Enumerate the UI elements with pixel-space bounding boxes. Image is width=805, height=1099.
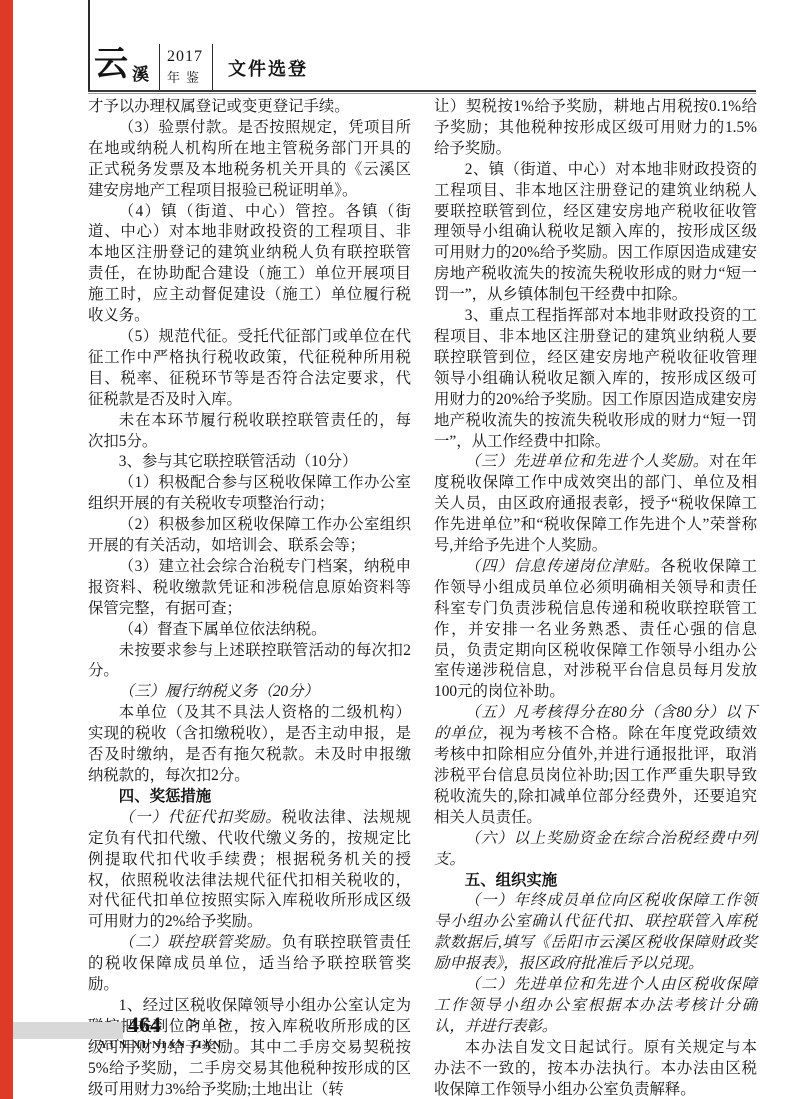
paragraph: 未按要求参与上述联控联管活动的每次扣2分。 xyxy=(88,641,411,683)
section-title: 文件选登 xyxy=(228,60,308,78)
header-rule-light xyxy=(88,93,756,94)
paragraph: 才予以办理权属登记或变更登记手续。 xyxy=(88,97,411,118)
paragraph: （2）积极参加区税收保障工作办公室组织开展的有关活动，如培训会、联系会等； xyxy=(88,515,411,557)
page-number: 464 xyxy=(128,1012,161,1038)
kai-lead: （一）代征代扣奖励。 xyxy=(119,809,282,826)
paragraph: 让）契税按1%给予奖励，耕地占用税按0.1%给予奖励；其他税种按形成区级可用财力… xyxy=(434,97,757,160)
paragraph: （三）先进单位和先进个人奖励。对在年度税收保障工作中成效突出的部门、单位及相关人… xyxy=(434,452,757,557)
paragraph: （4）督查下属单位依法纳税。 xyxy=(88,620,411,641)
paragraph: 四、奖惩措施 xyxy=(88,787,411,808)
paragraph: （4）镇（街道、中心）管控。各镇（街道、中心）对本地非财政投资的工程项目、非本地… xyxy=(88,202,411,327)
paragraph: （三）履行纳税义务（20分） xyxy=(88,682,411,703)
header-vertical-rule xyxy=(88,0,90,91)
kai-lead: （四）信息传递岗位津贴。 xyxy=(465,558,660,575)
paragraph: 2、镇（街道、中心）对本地非财政投资的工程项目、非本地区注册登记的建筑业纳税人要… xyxy=(434,160,757,306)
scanned-yearbook-page: { "page": { "edge_bar_color": "#dd3b27",… xyxy=(0,0,805,1099)
paragraph: （3）验票付款。是否按照规定，凭项目所在地或纳税人机构所在地主管税务部门开具的正… xyxy=(88,118,411,202)
paragraph: （二）联控联管奖励。负有联控联管责任的税收保障成员单位，适当给予联控联管奖励。 xyxy=(88,933,411,996)
paragraph: （一）年终成员单位向区税收保障工作领导小组办公室确认代征代扣、联控联管入库税款数… xyxy=(434,891,757,975)
yearbook-logo-big-char: 云 xyxy=(94,48,128,82)
page-arrows-icon: > > xyxy=(188,1012,237,1036)
footer-gray-bar xyxy=(13,1022,123,1039)
yearbook-logo-small-char: 溪 xyxy=(132,66,149,83)
yearbook-year: 2017 xyxy=(167,49,213,65)
header-divider-rule xyxy=(212,44,213,90)
yearbook-label: 年鉴 xyxy=(167,71,213,84)
paragraph: （五）凡考核得分在80分（含80分）以下的单位，视为考核不合格。除在年度党政绩效… xyxy=(434,703,757,828)
paragraph: （四）信息传递岗位津贴。各税收保障工作领导小组成员单位必须明确相关领导和责任科室… xyxy=(434,557,757,703)
paragraph: 本单位（及其不具法人资格的二级机构）实现的税收（含扣缴税收），是否主动申报，是否… xyxy=(88,703,411,787)
paragraph: （5）规范代征。受托代征部门或单位在代征工作中严格执行税收政策，代征税种所用税目… xyxy=(88,327,411,411)
paragraph: 五、组织实施 xyxy=(434,871,757,892)
kai-lead: （二）联控联管奖励。 xyxy=(119,934,282,951)
kai-lead: （三）先进单位和先进个人奖励。 xyxy=(465,453,709,470)
paragraph: 3、重点工程指挥部对本地非财政投资的工程项目、非本地区注册登记的建筑业纳税人要联… xyxy=(434,306,757,452)
header-divider-rule xyxy=(159,44,160,90)
paragraph: （3）建立社会综合治税专门档案，纳税申报资料、税收缴款凭证和涉税信息原始资料等保… xyxy=(88,557,411,620)
left-column: 才予以办理权属登记或变更登记手续。（3）验票付款。是否按照规定，凭项目所在地或纳… xyxy=(88,97,411,1099)
paragraph: （一）代征代扣奖励。税收法律、法规规定负有代扣代缴、代收代缴义务的，按规定比例提… xyxy=(88,808,411,933)
kai-lead: （五）凡考核得分在80分（含80分）以下的单位， xyxy=(434,704,757,742)
paragraph: 未在本环节履行税收联控联管责任的，每次扣5分。 xyxy=(88,411,411,453)
page-header: 云 溪 2017 年鉴 文件选登 xyxy=(0,0,805,94)
header-rule-dark xyxy=(88,90,756,92)
paragraph: （六）以上奖励资金在综合治税经费中列支。 xyxy=(434,829,757,871)
paragraph: （1）积极配合参与区税收保障工作办公室组织开展的有关税收专项整治行动； xyxy=(88,473,411,515)
page-footer: 464 > > YUN XI NIAN JIAN xyxy=(0,1010,805,1070)
paragraph: 3、参与其它联控联管活动（10分） xyxy=(88,452,411,473)
yearbook-romanized-title: YUN XI NIAN JIAN xyxy=(100,1039,222,1051)
right-column: 让）契税按1%给予奖励，耕地占用税按0.1%给予奖励；其他税种按形成区级可用财力… xyxy=(434,97,757,1099)
page-edge-red-bar xyxy=(0,0,13,1099)
